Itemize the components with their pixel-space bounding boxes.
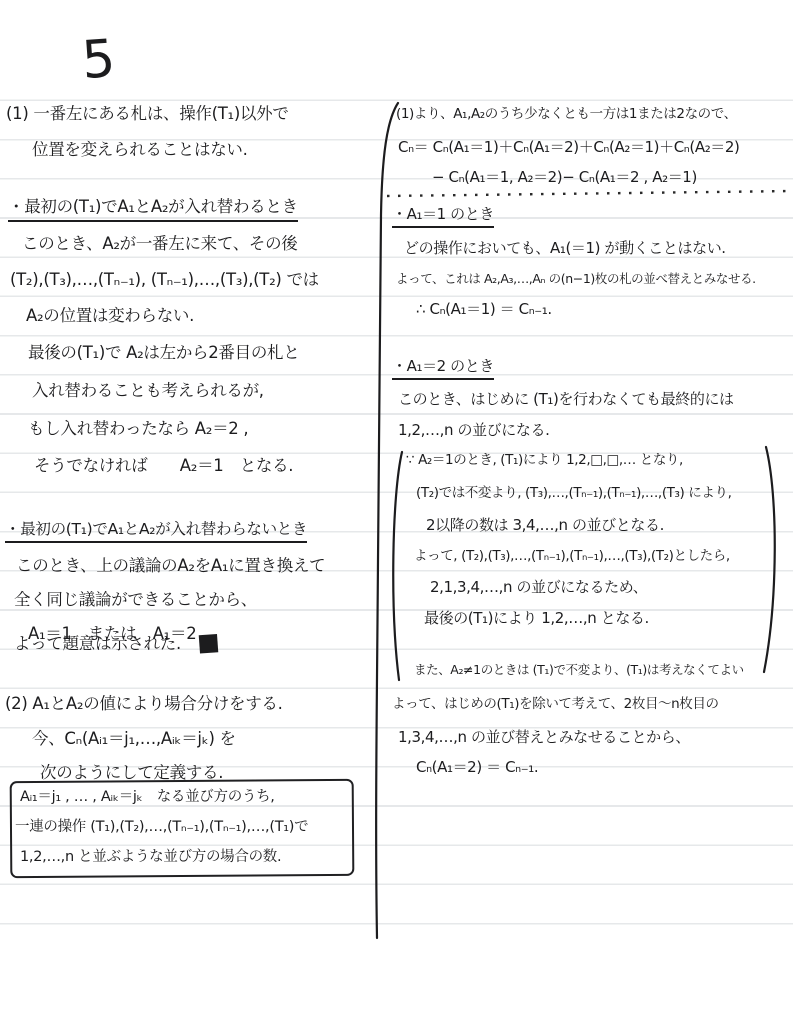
big-left-paren: [393, 452, 402, 680]
aside-line-4: よって, (T₂),(T₃),…,(Tₙ₋₁),(Tₙ₋₁),…,(T₃),(T…: [414, 548, 730, 565]
aside-line-7: また、A₂≠1のときは (T₁)で不変より、(T₁)は考えなくてよい: [414, 662, 744, 678]
note-line-result-a1-2: Cₙ(A₁＝2) ＝ Cₙ₋₁.: [416, 758, 538, 777]
problem-number: 5: [80, 27, 117, 94]
note-line: このとき、A₂が一番左に来て、その後: [22, 234, 298, 255]
case-heading-swap: ・最初の(T₁)でA₁とA₂が入れ替わるとき: [8, 197, 298, 222]
dotted-separator: [387, 191, 793, 196]
part2-heading: (2) A₁とA₂の値により場合分けをする.: [5, 694, 283, 715]
note-line: どの操作においても、A₁(＝1) が動くことはない.: [404, 239, 726, 258]
note-line-cn-expansion-2: − Cₙ(A₁＝1, A₂＝2)− Cₙ(A₁＝2 , A₂＝1): [432, 168, 697, 187]
note-line: 最後の(T₁)で A₂は左から2番目の札と: [28, 343, 299, 364]
case-heading-a1-equals-2: ・A₁＝2 のとき: [392, 357, 494, 380]
note-line-claim-2: 位置を変えられることはない.: [32, 140, 248, 161]
note-line-final-2: 1,3,4,…,n の並び替えとみなせることから、: [398, 728, 690, 747]
big-right-paren: [764, 447, 775, 672]
note-line: 1,2,…,n の並びになる.: [398, 421, 549, 440]
note-line-qed-statement: よって題意は示された.: [14, 634, 181, 655]
note-line-operations: (T₂),(T₃),…,(Tₙ₋₁), (Tₙ₋₁),…,(T₃),(T₂) で…: [10, 270, 319, 291]
definition-line-3: 1,2,…,n と並ぶような並び方の場合の数.: [20, 848, 281, 866]
aside-line-1: ∵ A₂＝1のとき, (T₁)により 1,2,□,□,… となり,: [406, 452, 683, 469]
note-line: A₂の位置は変わらない.: [26, 306, 194, 327]
definition-line-2: 一連の操作 (T₁),(T₂),…,(Tₙ₋₁),(Tₙ₋₁),…,(T₁)で: [15, 818, 308, 836]
case-heading-no-swap: ・最初の(T₁)でA₁とA₂が入れ替わらないとき: [5, 520, 307, 543]
note-line-cn-expansion: Cₙ＝ Cₙ(A₁＝1)＋Cₙ(A₁＝2)＋Cₙ(A₂＝1)＋Cₙ(A₂＝2): [398, 138, 740, 157]
note-line: このとき、上の議論のA₂をA₁に置き換えて: [16, 556, 325, 577]
definition-line-1: Aᵢ₁＝j₁ , … , Aᵢₖ＝jₖ なる並び方のうち,: [20, 788, 275, 806]
aside-line-2: (T₂)では不変より, (T₃),…,(Tₙ₋₁),(Tₙ₋₁),…,(T₃) …: [416, 485, 732, 502]
note-line: 全く同じ議論ができることから、: [14, 590, 257, 611]
notebook-page: 5 (1) 一番左にある札は、操作(T₁)以外で 位置を変えられることはない. …: [0, 0, 793, 1024]
note-line: よって、これは A₂,A₃,…,Aₙ の(n−1)枚の札の並べ替えとみなせる.: [396, 271, 756, 287]
aside-line-3: 2以降の数は 3,4,…,n の並びとなる.: [426, 516, 664, 535]
aside-line-5: 2,1,3,4,…,n の並びになるため、: [430, 578, 647, 597]
note-line-cn-definition: 今、Cₙ(Aᵢ₁＝j₁,…,Aᵢₖ＝jₖ) を: [32, 729, 236, 750]
note-line-final-1: よって、はじめの(T₁)を除いて考えて、2枚目〜n枚目の: [392, 696, 719, 713]
column-divider-line: [376, 103, 398, 938]
note-line: 入れ替わることも考えられるが,: [32, 381, 264, 402]
aside-line-6: 最後の(T₁)により 1,2,…,n となる.: [424, 609, 649, 628]
note-line-from-part1: (1)より、A₁,A₂のうち少なくとも一方は1または2なので、: [396, 106, 737, 123]
note-line-claim-1: (1) 一番左にある札は、操作(T₁)以外で: [6, 104, 289, 125]
qed-square: ■: [196, 629, 220, 655]
note-line: もし入れ替わったなら A₂＝2 ,: [28, 419, 248, 440]
note-line: このとき、はじめに (T₁)を行わなくても最終的には: [398, 390, 734, 409]
note-line-result-a1-1: ∴ Cₙ(A₁＝1) ＝ Cₙ₋₁.: [416, 300, 552, 319]
case-heading-a1-equals-1: ・A₁＝1 のとき: [392, 205, 494, 228]
note-line: そうでなければ A₂＝1 となる.: [34, 456, 293, 477]
